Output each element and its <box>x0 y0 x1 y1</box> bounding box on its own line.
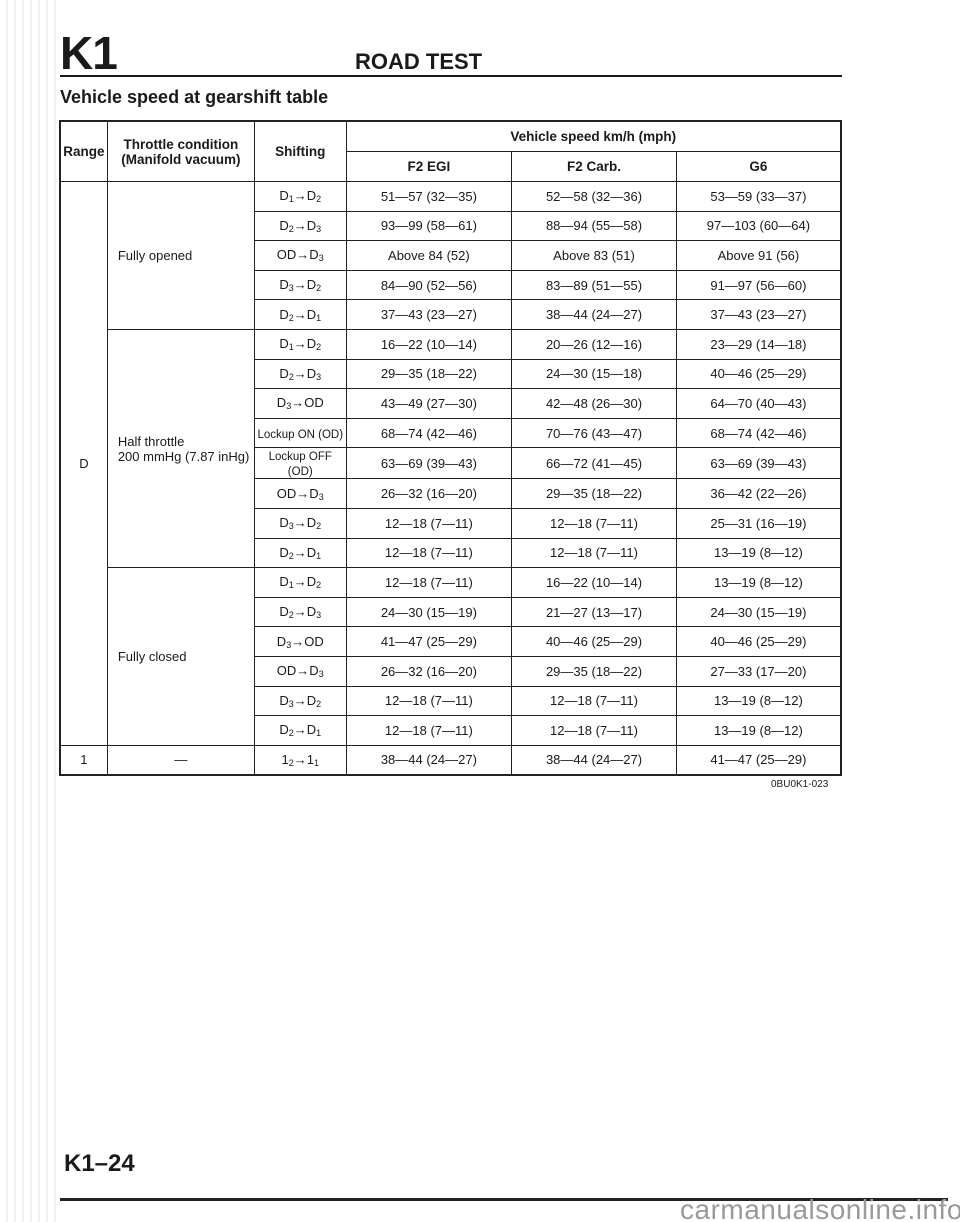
speed-cell-f2egi: 12—18 (7—11) <box>346 686 512 716</box>
shifting-cell: Lockup OFF (OD) <box>254 448 346 479</box>
table-row: Half throttle200 mmHg (7.87 inHg)D1→D216… <box>60 329 841 359</box>
figure-code: 0BU0K1-023 <box>771 779 828 790</box>
speed-cell-f2egi: 16—22 (10—14) <box>346 329 512 359</box>
speed-cell-f2carb: 66—72 (41—45) <box>512 448 677 479</box>
shifting-cell: D2→D1 <box>254 716 346 746</box>
speed-cell-f2egi: 12—18 (7—11) <box>346 716 512 746</box>
speed-cell-f2egi: 24—30 (15—19) <box>346 597 512 627</box>
speed-cell-f2egi: 43—49 (27—30) <box>346 389 512 419</box>
speed-cell-f2egi: Above 84 (52) <box>346 241 512 271</box>
speed-cell-g6: 37—43 (23—27) <box>676 300 841 330</box>
range-cell: D <box>60 182 107 746</box>
speed-cell-f2carb: 29—35 (18—22) <box>512 656 677 686</box>
shifting-cell: D1→D2 <box>254 182 346 212</box>
speed-cell-f2egi: 93—99 (58—61) <box>346 211 512 241</box>
speed-cell-g6: 41—47 (25—29) <box>676 745 841 775</box>
speed-cell-g6: 13—19 (8—12) <box>676 686 841 716</box>
speed-cell-g6: 97—103 (60—64) <box>676 211 841 241</box>
table-row: 1—12→1138—44 (24—27)38—44 (24—27)41—47 (… <box>60 745 841 775</box>
header-f2-egi: F2 EGI <box>346 152 512 182</box>
speed-cell-f2egi: 63—69 (39—43) <box>346 448 512 479</box>
speed-cell-f2egi: 26—32 (16—20) <box>346 656 512 686</box>
page-number: K1–24 <box>64 1150 135 1178</box>
speed-cell-f2carb: 16—22 (10—14) <box>512 568 677 598</box>
shifting-cell: Lockup ON (OD) <box>254 418 346 448</box>
speed-cell-g6: 40—46 (25—29) <box>676 359 841 389</box>
throttle-condition-cell: Fully closed <box>107 568 254 746</box>
speed-cell-f2egi: 41—47 (25—29) <box>346 627 512 657</box>
speed-cell-f2egi: 38—44 (24—27) <box>346 745 512 775</box>
header-g6: G6 <box>676 152 841 182</box>
shifting-cell: D3→D2 <box>254 508 346 538</box>
speed-cell-g6: 36—42 (22—26) <box>676 479 841 509</box>
shifting-cell: OD→D3 <box>254 241 346 271</box>
header-vehicle-speed: Vehicle speed km/h (mph) <box>346 121 841 152</box>
shifting-cell: D2→D1 <box>254 538 346 568</box>
throttle-condition-cell: Half throttle200 mmHg (7.87 inHg) <box>107 329 254 567</box>
section-title: ROAD TEST <box>355 49 482 75</box>
speed-cell-f2carb: 12—18 (7—11) <box>512 538 677 568</box>
throttle-condition-cell: Fully opened <box>107 182 254 330</box>
speed-cell-f2carb: 12—18 (7—11) <box>512 508 677 538</box>
speed-cell-g6: 13—19 (8—12) <box>676 538 841 568</box>
speed-cell-f2carb: 83—89 (51—55) <box>512 270 677 300</box>
speed-cell-f2carb: 42—48 (26—30) <box>512 389 677 419</box>
speed-cell-f2egi: 12—18 (7—11) <box>346 568 512 598</box>
table-row: DFully openedD1→D251—57 (32—35)52—58 (32… <box>60 182 841 212</box>
speed-cell-f2carb: 70—76 (43—47) <box>512 418 677 448</box>
shifting-cell: D3→OD <box>254 627 346 657</box>
speed-cell-g6: Above 91 (56) <box>676 241 841 271</box>
speed-cell-g6: 68—74 (42—46) <box>676 418 841 448</box>
gearshift-speed-table: Range Throttle condition (Manifold vacuu… <box>59 120 842 776</box>
speed-cell-g6: 27—33 (17—20) <box>676 656 841 686</box>
speed-cell-f2egi: 84—90 (52—56) <box>346 270 512 300</box>
speed-cell-f2egi: 29—35 (18—22) <box>346 359 512 389</box>
shifting-cell: D3→D2 <box>254 686 346 716</box>
throttle-condition-cell: — <box>107 745 254 775</box>
condition-line2: 200 mmHg (7.87 inHg) <box>118 449 254 464</box>
speed-cell-f2egi: 51—57 (32—35) <box>346 182 512 212</box>
speed-cell-f2carb: 24—30 (15—18) <box>512 359 677 389</box>
speed-cell-f2carb: 12—18 (7—11) <box>512 686 677 716</box>
speed-cell-f2carb: Above 83 (51) <box>512 241 677 271</box>
table-title: Vehicle speed at gearshift table <box>60 87 328 108</box>
table-row: Fully closedD1→D212—18 (7—11)16—22 (10—1… <box>60 568 841 598</box>
speed-cell-f2carb: 88—94 (55—58) <box>512 211 677 241</box>
speed-cell-f2egi: 68—74 (42—46) <box>346 418 512 448</box>
shifting-cell: OD→D3 <box>254 656 346 686</box>
header-shifting: Shifting <box>254 121 346 182</box>
speed-cell-f2carb: 12—18 (7—11) <box>512 716 677 746</box>
header-range: Range <box>60 121 107 182</box>
condition-line1: Half throttle <box>118 434 254 449</box>
header-f2-carb: F2 Carb. <box>512 152 677 182</box>
speed-cell-f2carb: 38—44 (24—27) <box>512 300 677 330</box>
speed-cell-f2carb: 40—46 (25—29) <box>512 627 677 657</box>
shifting-cell: D1→D2 <box>254 329 346 359</box>
shifting-cell: D2→D3 <box>254 359 346 389</box>
speed-cell-f2egi: 37—43 (23—27) <box>346 300 512 330</box>
speed-cell-g6: 53—59 (33—37) <box>676 182 841 212</box>
shifting-cell: D1→D2 <box>254 568 346 598</box>
speed-cell-g6: 24—30 (15—19) <box>676 597 841 627</box>
speed-cell-g6: 23—29 (14—18) <box>676 329 841 359</box>
speed-cell-f2carb: 29—35 (18—22) <box>512 479 677 509</box>
speed-cell-f2egi: 12—18 (7—11) <box>346 538 512 568</box>
speed-cell-f2carb: 21—27 (13—17) <box>512 597 677 627</box>
speed-cell-g6: 64—70 (40—43) <box>676 389 841 419</box>
speed-cell-f2carb: 38—44 (24—27) <box>512 745 677 775</box>
speed-cell-f2carb: 20—26 (12—16) <box>512 329 677 359</box>
header-throttle: Throttle condition (Manifold vacuum) <box>107 121 254 182</box>
speed-cell-g6: 13—19 (8—12) <box>676 568 841 598</box>
watermark: carmanualsonline.info <box>680 1194 960 1222</box>
scan-edge-artifact <box>0 0 58 1222</box>
speed-cell-g6: 25—31 (16—19) <box>676 508 841 538</box>
speed-cell-f2egi: 26—32 (16—20) <box>346 479 512 509</box>
header-rule <box>60 75 842 77</box>
speed-cell-g6: 13—19 (8—12) <box>676 716 841 746</box>
shifting-cell: 12→11 <box>254 745 346 775</box>
shifting-cell: D3→D2 <box>254 270 346 300</box>
speed-cell-g6: 91—97 (56—60) <box>676 270 841 300</box>
shifting-cell: D2→D1 <box>254 300 346 330</box>
speed-cell-g6: 63—69 (39—43) <box>676 448 841 479</box>
header-throttle-line1: Throttle condition <box>108 137 254 152</box>
range-cell: 1 <box>60 745 107 775</box>
shifting-cell: OD→D3 <box>254 479 346 509</box>
header-throttle-line2: (Manifold vacuum) <box>108 152 254 167</box>
shifting-cell: D2→D3 <box>254 211 346 241</box>
speed-cell-f2egi: 12—18 (7—11) <box>346 508 512 538</box>
shifting-cell: D3→OD <box>254 389 346 419</box>
chapter-id: K1 <box>60 28 117 78</box>
speed-cell-g6: 40—46 (25—29) <box>676 627 841 657</box>
speed-cell-f2carb: 52—58 (32—36) <box>512 182 677 212</box>
shifting-cell: D2→D3 <box>254 597 346 627</box>
